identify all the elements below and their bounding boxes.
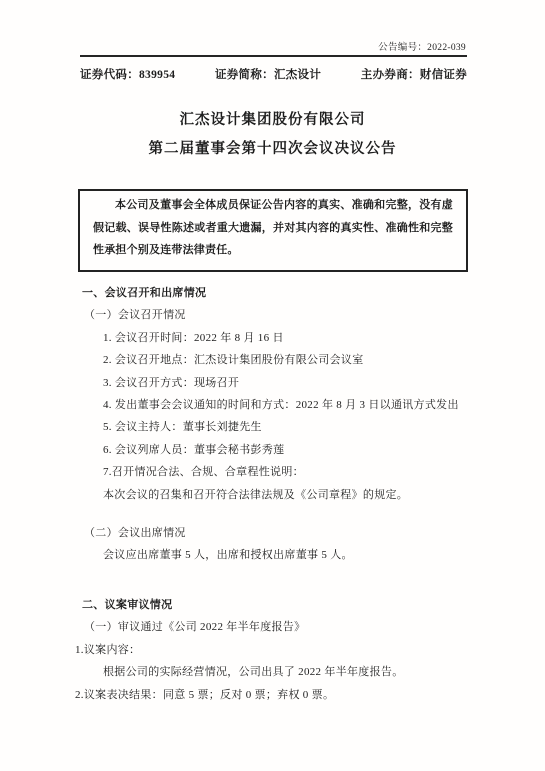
stock-code: 证券代码：839954 [80,66,175,82]
section-1-heading: 一、会议召开和出席情况 [82,282,470,304]
document-body: 一、会议召开和出席情况 （一）会议召开情况 1. 会议召开时间：2022 年 8… [80,282,470,706]
meeting-resolution-title-line: 第二届董事会第十四次会议决议公告 [0,135,545,164]
meeting-notice-item: 4. 发出董事会会议通知的时间和方式：2022 年 8 月 3 日以通讯方式发出 [103,394,470,416]
proposal-vote-result: 2.议案表决结果：同意 5 票；反对 0 票；弃权 0 票。 [75,684,470,706]
legality-statement-label: 7.召开情况合法、合规、合章程性说明： [103,461,470,483]
announcement-document-page: 公告编号：2022-039 证券代码：839954 证券简称：汇杰设计 主办券商… [0,0,545,771]
stock-short-name: 证券简称：汇杰设计 [215,66,321,82]
announcement-number: 公告编号：2022-039 [80,39,466,53]
header-divider-rule [80,55,467,57]
subsection-2-1-heading: （一）审议通过《公司 2022 年半年度报告》 [84,616,470,638]
board-disclaimer-box: 本公司及董事会全体成员保证公告内容的真实、准确和完整，没有虚假记载、误导性陈述或… [78,189,468,272]
section-2-heading: 二、议案审议情况 [82,594,470,616]
meeting-chair-item: 5. 会议主持人：董事长刘捷先生 [103,416,470,438]
securities-info-row: 证券代码：839954 证券简称：汇杰设计 主办券商：财信证券 [80,66,467,82]
proposal-content-label: 1.议案内容： [75,639,470,661]
meeting-observers-item: 6. 会议列席人员：董事会秘书彭秀莲 [103,439,470,461]
sponsor-broker: 主办券商：财信证券 [361,66,467,82]
company-name-title-line: 汇杰设计集团股份有限公司 [0,106,545,135]
meeting-method-item: 3. 会议召开方式：现场召开 [103,372,470,394]
document-title: 汇杰设计集团股份有限公司 第二届董事会第十四次会议决议公告 [0,106,545,164]
attendance-text: 会议应出席董事 5 人，出席和授权出席董事 5 人。 [103,544,470,566]
subsection-1-1-heading: （一）会议召开情况 [84,304,470,326]
meeting-place-item: 2. 会议召开地点：汇杰设计集团股份有限公司会议室 [103,349,470,371]
proposal-content-text: 根据公司的实际经营情况，公司出具了 2022 年半年度报告。 [103,661,470,683]
legality-statement-text: 本次会议的召集和召开符合法律法规及《公司章程》的规定。 [103,484,470,506]
meeting-time-item: 1. 会议召开时间：2022 年 8 月 16 日 [103,327,470,349]
subsection-1-2-heading: （二）会议出席情况 [84,522,470,544]
